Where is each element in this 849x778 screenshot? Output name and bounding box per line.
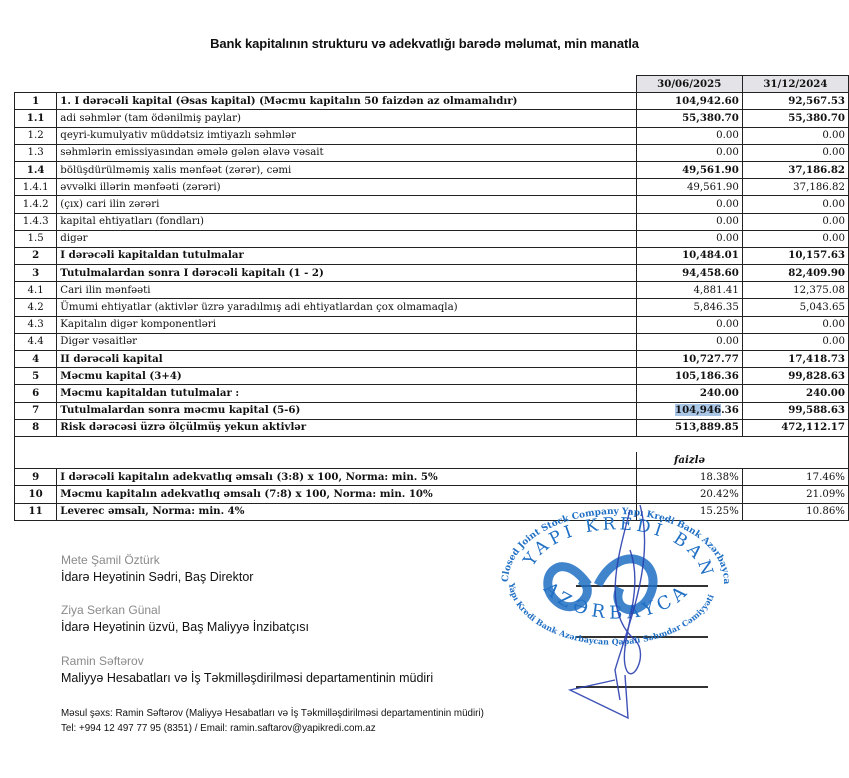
table-row: 5Məcmu kapital (3+4)105,186.3699,828.63 xyxy=(15,368,849,385)
row-number: 11 xyxy=(15,503,57,520)
contact-info: Məsul şəxs: Ramin Səftərov (Maliyyə Hesa… xyxy=(61,706,484,736)
signatory-3: Ramin Səftərov Maliyyə Hesabatları və İş… xyxy=(61,654,433,685)
row-label: səhmlərin emissiyasından əmələ gələn əla… xyxy=(57,144,636,161)
row-number: 2 xyxy=(15,247,57,264)
signatory-2: Ziya Serkan Günal İdarə Heyətinin üzvü, … xyxy=(61,603,309,634)
value-2025: 0.00 xyxy=(636,196,742,213)
value-2025: 105,186.36 xyxy=(636,368,742,385)
table-row: 4II dərəcəli kapital10,727.7717,418.73 xyxy=(15,351,849,368)
capital-table: 30/06/2025 31/12/2024 11. I dərəcəli kap… xyxy=(14,75,849,521)
row-number: 5 xyxy=(15,368,57,385)
value-2024: 0.00 xyxy=(742,316,848,333)
row-label: Tutulmalardan sonra məcmu kapital (5-6) xyxy=(57,402,636,419)
table-row: 1.4.3kapital ehtiyatları (fondları)0.000… xyxy=(15,213,849,230)
table-row: 1.3səhmlərin emissiyasından əmələ gələn … xyxy=(15,144,849,161)
table-row: 3Tutulmalardan sonra I dərəcəli kapitalı… xyxy=(15,265,849,282)
table-row: 11. I dərəcəli kapital (Əsas kapital) (M… xyxy=(15,93,849,110)
value-2025: 0.00 xyxy=(636,316,742,333)
row-label: Cari ilin mənfəəti xyxy=(57,282,636,299)
row-number: 1.1 xyxy=(15,110,57,127)
unit-row: faizlə xyxy=(15,452,849,469)
row-label: 1. I dərəcəli kapital (Əsas kapital) (Mə… xyxy=(57,93,636,110)
row-number: 4.2 xyxy=(15,299,57,316)
value-2024: 0.00 xyxy=(742,144,848,161)
separator-row xyxy=(15,436,849,452)
row-label: (çıx) cari ilin zərəri xyxy=(57,196,636,213)
row-label: adi səhmlər (tam ödənilmiş paylar) xyxy=(57,110,636,127)
value-2024: 37,186.82 xyxy=(742,161,848,178)
signatory-name: Ziya Serkan Günal xyxy=(61,603,309,617)
row-label: kapital ehtiyatları (fondları) xyxy=(57,213,636,230)
value-2025: 513,889.85 xyxy=(636,419,742,436)
row-number: 4.4 xyxy=(15,333,57,350)
row-number: 1.4.1 xyxy=(15,179,57,196)
table-row: 4.2Ümumi ehtiyatlar (aktivlər üzrə yarad… xyxy=(15,299,849,316)
value-2025: 104,942.60 xyxy=(636,93,742,110)
value-2025: 0.00 xyxy=(636,144,742,161)
row-number: 1.5 xyxy=(15,230,57,247)
table-row: 7Tutulmalardan sonra məcmu kapital (5-6)… xyxy=(15,402,849,419)
table-header-row: 30/06/2025 31/12/2024 xyxy=(15,76,849,93)
value-2025: 55,380.70 xyxy=(636,110,742,127)
row-number: 7 xyxy=(15,402,57,419)
value-2024: 240.00 xyxy=(742,385,848,402)
value-2025: 10,484.01 xyxy=(636,247,742,264)
table-row: 1.1adi səhmlər (tam ödənilmiş paylar)55,… xyxy=(15,110,849,127)
ratio-row: 9I dərəcəli kapitalın adekvatlıq əmsalı … xyxy=(15,469,849,486)
value-2025: 0.00 xyxy=(636,333,742,350)
column-header-2024: 31/12/2024 xyxy=(742,76,848,93)
value-2024: 472,112.17 xyxy=(742,419,848,436)
value-2025: 104,946.36 xyxy=(636,402,742,419)
signatory-role: İdarə Heyətinin Sədri, Baş Direktor xyxy=(61,570,253,584)
row-label: Kapitalın digər komponentləri xyxy=(57,316,636,333)
table-row: 2I dərəcəli kapitaldan tutulmalar10,484.… xyxy=(15,247,849,264)
value-2024: 37,186.82 xyxy=(742,179,848,196)
row-label: II dərəcəli kapital xyxy=(57,351,636,368)
value-2025: 94,458.60 xyxy=(636,265,742,282)
bank-stamp-icon: Closed Joint Stock Company Yapı Kredi Ba… xyxy=(480,490,740,720)
row-label: Tutulmalardan sonra I dərəcəli kapitalı … xyxy=(57,265,636,282)
row-label: I dərəcəli kapitalın adekvatlıq əmsalı (… xyxy=(57,469,636,486)
value-2025: 0.00 xyxy=(636,127,742,144)
row-label: bölüşdürülməmiş xalis mənfəət (zərər), c… xyxy=(57,161,636,178)
percent-unit-label: faizlə xyxy=(636,452,742,469)
row-number: 4.1 xyxy=(15,282,57,299)
table-row: 4.3Kapitalın digər komponentləri0.000.00 xyxy=(15,316,849,333)
table-row: 6Məcmu kapitaldan tutulmalar :240.00240.… xyxy=(15,385,849,402)
value-2025: 49,561.90 xyxy=(636,179,742,196)
value-2024: 10.86% xyxy=(742,503,848,520)
row-label: Risk dərəcəsi üzrə ölçülmüş yekun aktivl… xyxy=(57,419,636,436)
row-label: qeyri-kumulyativ müddətsiz imtiyazlı səh… xyxy=(57,127,636,144)
value-2025: 240.00 xyxy=(636,385,742,402)
row-label: Ümumi ehtiyatlar (aktivlər üzrə yaradılm… xyxy=(57,299,636,316)
document-title: Bank kapitalının strukturu və adekvatlığ… xyxy=(0,36,849,51)
value-2024: 17.46% xyxy=(742,469,848,486)
responsible-person: Məsul şəxs: Ramin Səftərov (Maliyyə Hesa… xyxy=(61,706,484,721)
value-2025: 18.38% xyxy=(636,469,742,486)
value-2024: 92,567.53 xyxy=(742,93,848,110)
table-row: 1.4.2(çıx) cari ilin zərəri0.000.00 xyxy=(15,196,849,213)
row-number: 1.4 xyxy=(15,161,57,178)
value-2024: 10,157.63 xyxy=(742,247,848,264)
value-2024: 12,375.08 xyxy=(742,282,848,299)
row-label: digər xyxy=(57,230,636,247)
table-row: 1.5digər0.000.00 xyxy=(15,230,849,247)
value-2024: 0.00 xyxy=(742,196,848,213)
row-label: I dərəcəli kapitaldan tutulmalar xyxy=(57,247,636,264)
value-2024: 82,409.90 xyxy=(742,265,848,282)
row-label: Məcmu kapitaldan tutulmalar : xyxy=(57,385,636,402)
value-2024: 99,828.63 xyxy=(742,368,848,385)
value-2025: 10,727.77 xyxy=(636,351,742,368)
row-number: 8 xyxy=(15,419,57,436)
row-number: 1.4.2 xyxy=(15,196,57,213)
text-selection: 104,946 xyxy=(675,404,721,416)
tel-email: Tel: +994 12 497 77 95 (8351) / Email: r… xyxy=(61,721,484,736)
row-number: 10 xyxy=(15,486,57,503)
value-2024: 17,418.73 xyxy=(742,351,848,368)
value-2024: 99,588.63 xyxy=(742,402,848,419)
row-number: 1.2 xyxy=(15,127,57,144)
table-row: 1.2qeyri-kumulyativ müddətsiz imtiyazlı … xyxy=(15,127,849,144)
signatory-1: Mete Şamil Öztürk İdarə Heyətinin Sədri,… xyxy=(61,553,253,584)
value-2025: 5,846.35 xyxy=(636,299,742,316)
table-row: 1.4.1əvvəlki illərin mənfəəti (zərəri)49… xyxy=(15,179,849,196)
column-header-2025: 30/06/2025 xyxy=(636,76,742,93)
row-number: 1.4.3 xyxy=(15,213,57,230)
value-2024: 0.00 xyxy=(742,230,848,247)
value-2024: 0.00 xyxy=(742,127,848,144)
signatory-role: Maliyyə Hesabatları və İş Təkmilləşdiril… xyxy=(61,671,433,685)
signatory-name: Mete Şamil Öztürk xyxy=(61,553,253,567)
value-2025: 4,881.41 xyxy=(636,282,742,299)
row-label: əvvəlki illərin mənfəəti (zərəri) xyxy=(57,179,636,196)
svg-text:YAPI KREDİ BANK: YAPI KREDİ BANK xyxy=(480,490,718,582)
row-number: 6 xyxy=(15,385,57,402)
row-label: Digər vəsaitlər xyxy=(57,333,636,350)
value-2025: 49,561.90 xyxy=(636,161,742,178)
value-2024: 55,380.70 xyxy=(742,110,848,127)
value-2024: 21.09% xyxy=(742,486,848,503)
row-number: 4.3 xyxy=(15,316,57,333)
value-2025: 0.00 xyxy=(636,213,742,230)
row-number: 1 xyxy=(15,93,57,110)
row-number: 3 xyxy=(15,265,57,282)
table-row: 4.4Digər vəsaitlər0.000.00 xyxy=(15,333,849,350)
signatory-role: İdarə Heyətinin üzvü, Baş Maliyyə İnziba… xyxy=(61,620,309,634)
value-2024: 5,043.65 xyxy=(742,299,848,316)
row-number: 4 xyxy=(15,351,57,368)
signatory-name: Ramin Səftərov xyxy=(61,654,433,668)
value-2025: 0.00 xyxy=(636,230,742,247)
table-row: 8Risk dərəcəsi üzrə ölçülmüş yekun aktiv… xyxy=(15,419,849,436)
row-number: 1.3 xyxy=(15,144,57,161)
value-2024: 0.00 xyxy=(742,333,848,350)
table-row: 1.4bölüşdürülməmiş xalis mənfəət (zərər)… xyxy=(15,161,849,178)
value-2024: 0.00 xyxy=(742,213,848,230)
table-row: 4.1Cari ilin mənfəəti4,881.4112,375.08 xyxy=(15,282,849,299)
row-number: 9 xyxy=(15,469,57,486)
row-label: Məcmu kapital (3+4) xyxy=(57,368,636,385)
